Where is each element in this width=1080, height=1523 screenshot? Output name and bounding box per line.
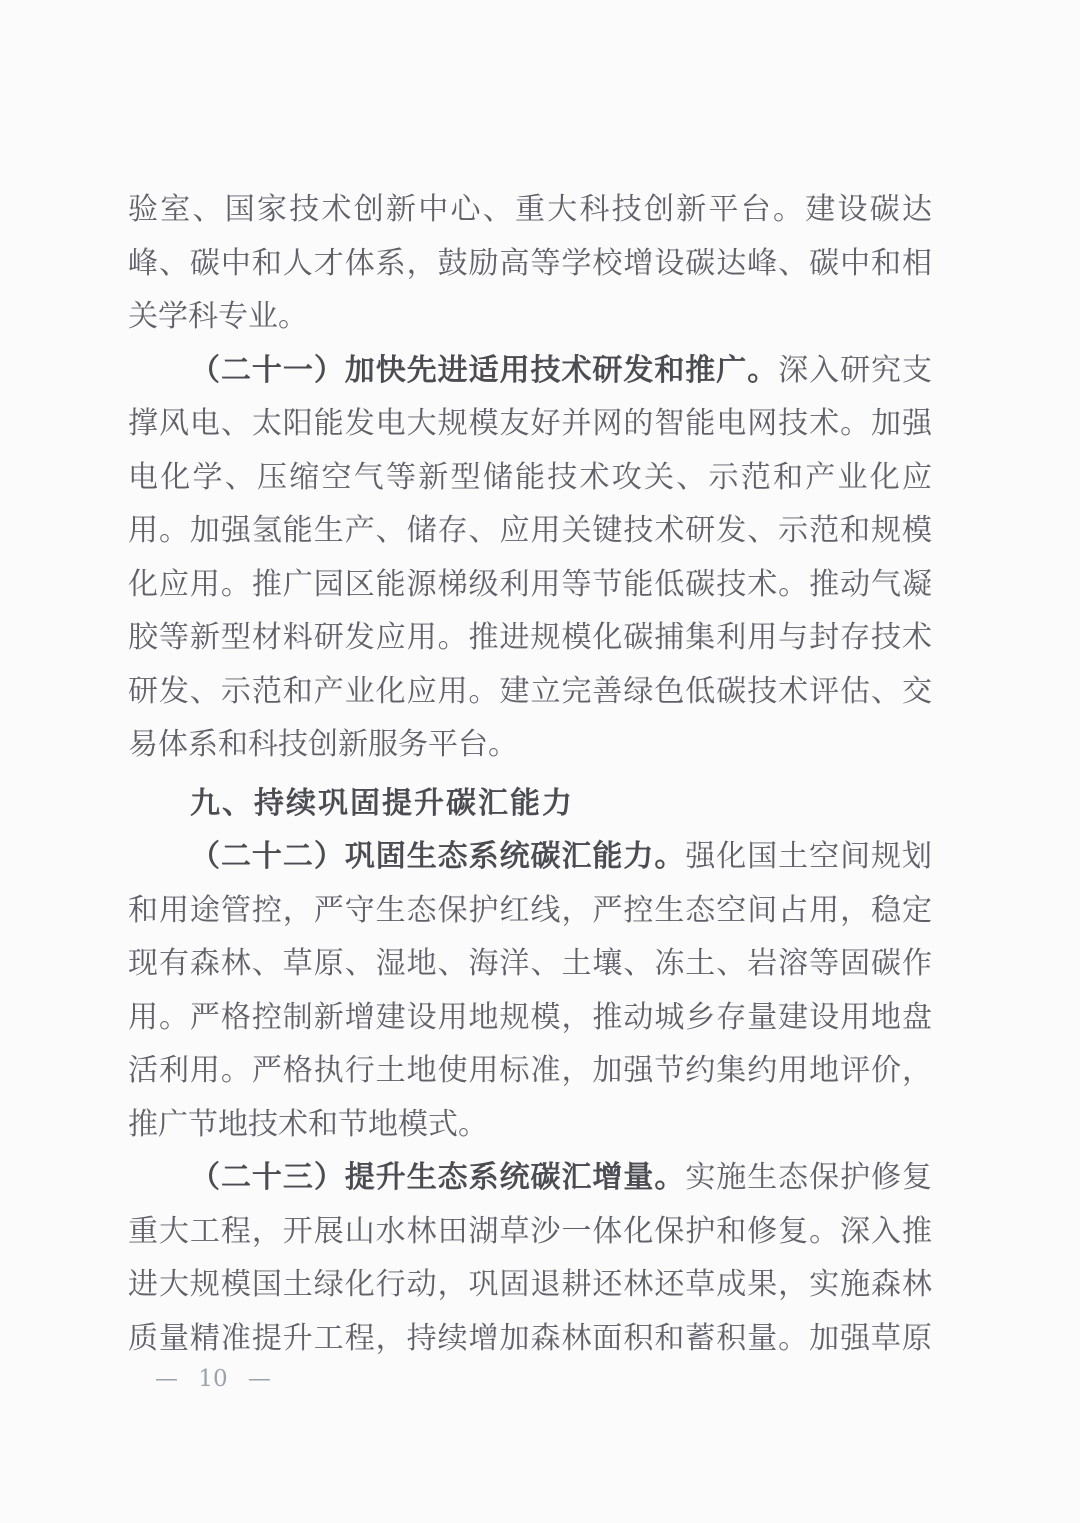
- text-segment: 易体系和科技创新服务平台。: [128, 727, 518, 762]
- text-line: 化应用。推广园区能源梯级利用等节能低碳技术。推动气凝: [128, 558, 932, 612]
- text-line: 撑风电、太阳能发电大规模友好并网的智能电网技术。加强: [128, 397, 932, 451]
- text-line: 用。加强氢能生产、储存、应用关键技术研发、示范和规模: [128, 504, 932, 558]
- section-heading: 九、持续巩固提升碳汇能力: [128, 777, 932, 831]
- text-line: 胶等新型材料研发应用。推进规模化碳捕集利用与封存技术: [128, 611, 932, 665]
- text-segment: 电化学、压缩空气等新型储能技术攻关、示范和产业化应: [128, 460, 932, 495]
- text-segment: 现有森林、草原、湿地、海洋、土壤、冻土、岩溶等固碳作: [128, 946, 932, 981]
- text-line: 研发、示范和产业化应用。建立完善绿色低碳技术评估、交: [128, 665, 932, 719]
- text-line: 重大工程，开展山水林田湖草沙一体化保护和修复。深入推: [128, 1205, 932, 1259]
- bold-text-segment: （二十二）巩固生态系统碳汇能力。: [190, 839, 685, 874]
- text-line: 易体系和科技创新服务平台。: [128, 718, 932, 772]
- text-segment: 研发、示范和产业化应用。建立完善绿色低碳技术评估、交: [128, 674, 932, 709]
- text-segment: 用。严格控制新增建设用地规模，推动城乡存量建设用地盘: [128, 1000, 932, 1035]
- text-line: 和用途管控，严守生态保护红线，严控生态空间占用，稳定: [128, 884, 932, 938]
- text-segment: 推广节地技术和节地模式。: [128, 1107, 488, 1142]
- text-line: 现有森林、草原、湿地、海洋、土壤、冻土、岩溶等固碳作: [128, 937, 932, 991]
- text-line: 峰、碳中和人才体系，鼓励高等学校增设碳达峰、碳中和相: [128, 237, 932, 291]
- text-line: 用。严格控制新增建设用地规模，推动城乡存量建设用地盘: [128, 991, 932, 1045]
- bold-text-segment: （二十三）提升生态系统碳汇增量。: [190, 1160, 685, 1195]
- document-body: 验室、国家技术创新中心、重大科技创新平台。建设碳达峰、碳中和人才体系，鼓励高等学…: [128, 183, 932, 1365]
- text-line: （二十二）巩固生态系统碳汇能力。强化国土空间规划: [128, 830, 932, 884]
- text-segment: 撑风电、太阳能发电大规模友好并网的智能电网技术。加强: [128, 406, 932, 441]
- text-line: （二十一）加快先进适用技术研发和推广。深入研究支: [128, 344, 932, 398]
- text-segment: 进大规模国土绿化行动，巩固退耕还林还草成果，实施森林: [128, 1267, 932, 1302]
- page-footer: — 10 —: [155, 1366, 271, 1392]
- text-line: 进大规模国土绿化行动，巩固退耕还林还草成果，实施森林: [128, 1258, 932, 1312]
- text-segment: 质量精准提升工程，持续增加森林面积和蓄积量。加强草原: [128, 1321, 932, 1356]
- text-segment: 关学科专业。: [128, 299, 308, 334]
- text-line: 关学科专业。: [128, 290, 932, 344]
- text-line: 活利用。严格执行土地使用标准，加强节约集约用地评价，: [128, 1044, 932, 1098]
- page-number: — 10 —: [155, 1366, 271, 1392]
- text-segment: 强化国土空间规划: [685, 839, 932, 874]
- text-segment: 峰、碳中和人才体系，鼓励高等学校增设碳达峰、碳中和相: [128, 246, 932, 281]
- text-segment: 深入研究支: [778, 353, 932, 388]
- text-segment: 和用途管控，严守生态保护红线，严控生态空间占用，稳定: [128, 893, 932, 928]
- text-line: 验室、国家技术创新中心、重大科技创新平台。建设碳达: [128, 183, 932, 237]
- text-segment: 化应用。推广园区能源梯级利用等节能低碳技术。推动气凝: [128, 567, 932, 602]
- bold-text-segment: 九、持续巩固提升碳汇能力: [190, 786, 574, 821]
- text-segment: 验室、国家技术创新中心、重大科技创新平台。建设碳达: [128, 192, 932, 227]
- text-segment: 活利用。严格执行土地使用标准，加强节约集约用地评价，: [128, 1053, 932, 1088]
- bold-text-segment: （二十一）加快先进适用技术研发和推广。: [190, 353, 778, 388]
- document-page: 验室、国家技术创新中心、重大科技创新平台。建设碳达峰、碳中和人才体系，鼓励高等学…: [0, 0, 1080, 1523]
- text-line: 质量精准提升工程，持续增加森林面积和蓄积量。加强草原: [128, 1312, 932, 1366]
- text-segment: 用。加强氢能生产、储存、应用关键技术研发、示范和规模: [128, 513, 932, 548]
- text-segment: 实施生态保护修复: [685, 1160, 932, 1195]
- text-segment: 胶等新型材料研发应用。推进规模化碳捕集利用与封存技术: [128, 620, 932, 655]
- text-line: 推广节地技术和节地模式。: [128, 1098, 932, 1152]
- text-segment: 重大工程，开展山水林田湖草沙一体化保护和修复。深入推: [128, 1214, 932, 1249]
- text-line: 电化学、压缩空气等新型储能技术攻关、示范和产业化应: [128, 451, 932, 505]
- text-line: （二十三）提升生态系统碳汇增量。实施生态保护修复: [128, 1151, 932, 1205]
